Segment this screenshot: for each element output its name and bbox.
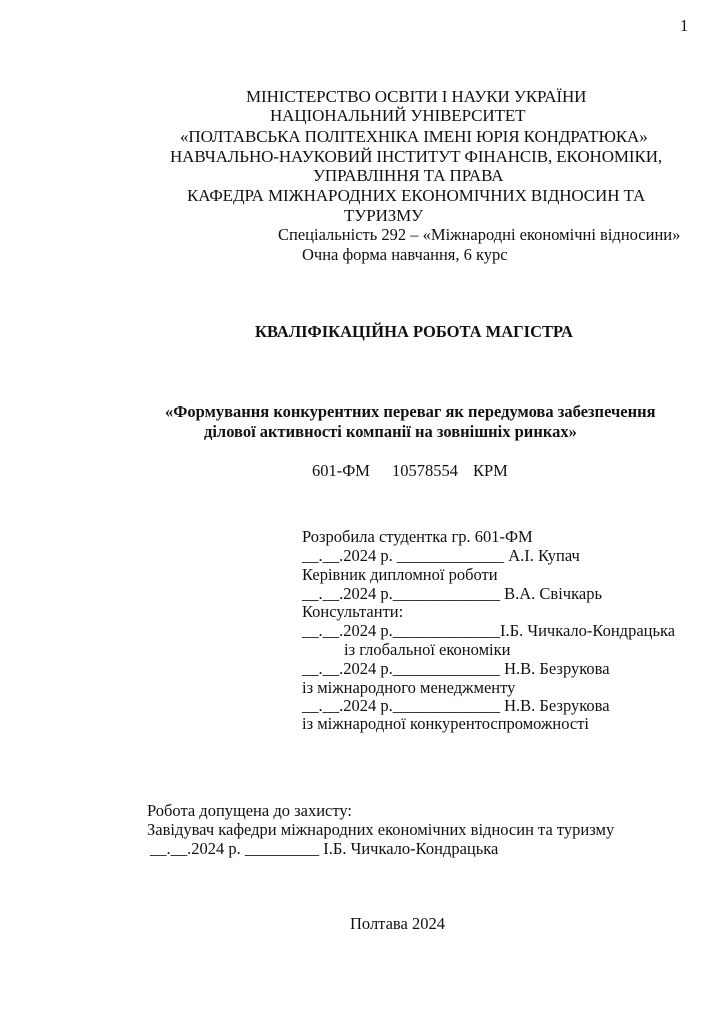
consultant-3-signature-line: __.__.2024 р._____________ Н.В. Безруков… [302, 696, 610, 716]
consultant-3-field: із міжнародної конкурентоспроможності [302, 714, 589, 734]
thesis-title-line-1: «Формування конкурентних переваг як пере… [165, 402, 656, 422]
department-line: КАФЕДРА МІЖНАРОДНИХ ЕКОНОМІЧНИХ ВІДНОСИН… [187, 185, 645, 206]
university-name-line: «ПОЛТАВСЬКА ПОЛІТЕХНІКА ІМЕНІ ЮРІЯ КОНДР… [180, 126, 648, 147]
student-signature-line: __.__.2024 р. _____________ А.І. Купач [302, 546, 580, 566]
code-type: КРМ [473, 461, 508, 481]
department-head-label: Завідувач кафедри міжнародних економічни… [147, 820, 614, 840]
code-group: 601-ФМ [312, 461, 370, 481]
department-line-2: ТУРИЗМУ [344, 205, 423, 226]
page-number: 1 [680, 16, 688, 36]
supervisor-label: Керівник дипломної роботи [302, 565, 498, 585]
university-line: НАЦІОНАЛЬНИЙ УНІВЕРСИТЕТ [270, 105, 525, 126]
thesis-title-line-2: ділової активності компанії на зовнішніх… [204, 422, 577, 442]
specialty-line: Спеціальність 292 – «Міжнародні економіч… [278, 225, 680, 245]
admission-label: Робота допущена до захисту: [147, 801, 352, 821]
ministry-line: МІНІСТЕРСТВО ОСВІТИ І НАУКИ УКРАЇНИ [246, 86, 586, 107]
institute-line: НАВЧАЛЬНО-НАУКОВИЙ ІНСТИТУТ ФІНАНСІВ, ЕК… [170, 146, 662, 167]
city-year-footer: Полтава 2024 [350, 914, 445, 934]
institute-line-2: УПРАВЛІННЯ ТА ПРАВА [313, 165, 503, 186]
student-label: Розробила студентка гр. 601-ФМ [302, 527, 533, 547]
work-type-heading: КВАЛІФІКАЦІЙНА РОБОТА МАГІСТРА [255, 322, 573, 342]
department-head-signature-line: __.__.2024 р. _________ І.Б. Чичкало-Кон… [150, 839, 498, 859]
consultant-2-signature-line: __.__.2024 р._____________ Н.В. Безруков… [302, 659, 610, 679]
study-form-line: Очна форма навчання, 6 курс [302, 245, 508, 265]
code-number: 10578554 [392, 461, 458, 481]
supervisor-signature-line: __.__.2024 р._____________ В.А. Свічкарь [302, 584, 602, 604]
consultant-1-field: із глобальної економіки [344, 640, 510, 660]
consultant-2-field: із міжнародного менеджменту [302, 678, 515, 698]
consultants-label: Консультанти: [302, 602, 403, 622]
consultant-1-signature-line: __.__.2024 р._____________І.Б. Чичкало-К… [302, 621, 675, 641]
